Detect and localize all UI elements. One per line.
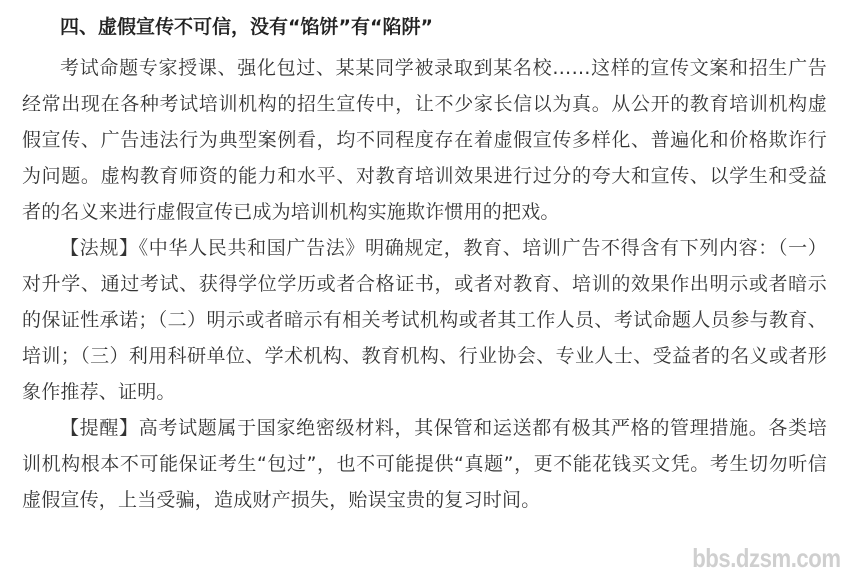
site-watermark: bbs.dzsm.com xyxy=(693,543,841,574)
section-heading: 四、虚假宣传不可信，没有“馅饼”有“陷阱” xyxy=(22,9,827,45)
article-body: 四、虚假宣传不可信，没有“馅饼”有“陷阱” 考试命题专家授课、强化包过、某某同学… xyxy=(22,9,827,518)
paragraph-regulation: 【法规】《中华人民共和国广告法》明确规定，教育、培训广告不得含有下列内容：（一）… xyxy=(22,230,827,410)
paragraph-false-advertising: 考试命题专家授课、强化包过、某某同学被录取到某名校……这样的宣传文案和招生广告经… xyxy=(22,50,827,230)
paragraph-reminder: 【提醒】高考试题属于国家绝密级材料，其保管和运送都有极其严格的管理措施。各类培训… xyxy=(22,410,827,518)
